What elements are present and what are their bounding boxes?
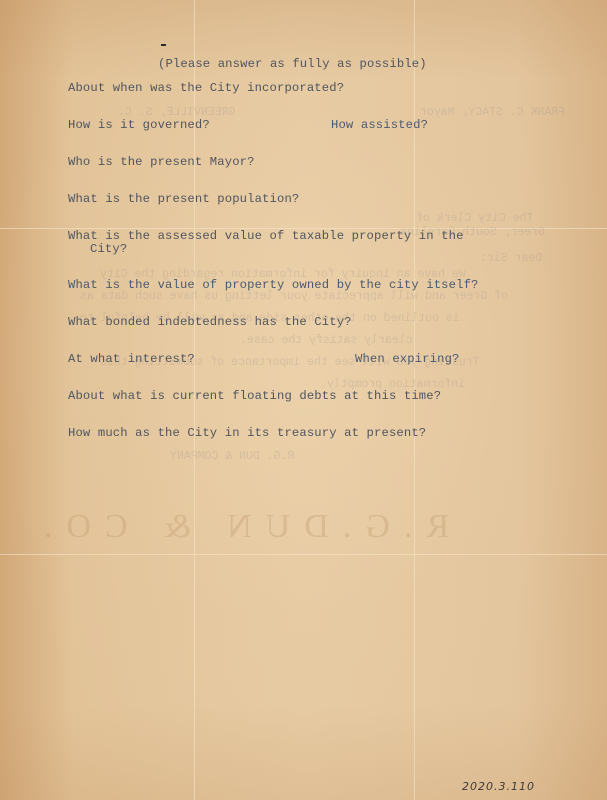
- question-population: What is the present population?: [68, 192, 299, 206]
- show-through-line: Dear Sir:: [480, 252, 542, 266]
- show-through-big-letters: R.G.DUN & CO.: [30, 508, 449, 546]
- question-assisted: How assisted?: [331, 118, 428, 132]
- show-through-line: of Greer and will appreciate your lettin…: [80, 290, 508, 304]
- ink-mark: [161, 44, 166, 46]
- accession-number: 2020.3.110: [462, 780, 535, 793]
- paper-fold-line: [0, 554, 607, 555]
- show-through-line: clearly satisfy the case.: [240, 334, 413, 348]
- question-governed: How is it governed?: [68, 118, 210, 132]
- question-incorporated: About when was the City incorporated?: [68, 81, 344, 95]
- question-mayor: Who is the present Mayor?: [68, 155, 255, 169]
- show-through-line: The City Clerk of: [416, 212, 533, 226]
- question-floating-debts: About what is current floating debts at …: [68, 389, 441, 403]
- question-assessed-value-continued: City?: [90, 242, 127, 256]
- scanned-document-page: FRANK C. STACY, Mayor GREENVILLE, S. C. …: [0, 0, 607, 800]
- show-through-letterhead-right: FRANK C. STACY, Mayor: [420, 106, 565, 120]
- question-city-property: What is the value of property owned by t…: [68, 278, 479, 292]
- question-treasury: How much as the City in its treasury at …: [68, 426, 426, 440]
- question-interest: At what interest?: [68, 352, 195, 366]
- question-expiring: When expiring?: [355, 352, 460, 366]
- instruction-text: (Please answer as fully as possible): [158, 57, 427, 71]
- question-assessed-value: What is the assessed value of taxable pr…: [68, 229, 464, 243]
- question-bonded-debt: What bonded indebtedness has the City?: [68, 315, 352, 329]
- show-through-line: R.G. DUN & COMPANY: [170, 450, 294, 464]
